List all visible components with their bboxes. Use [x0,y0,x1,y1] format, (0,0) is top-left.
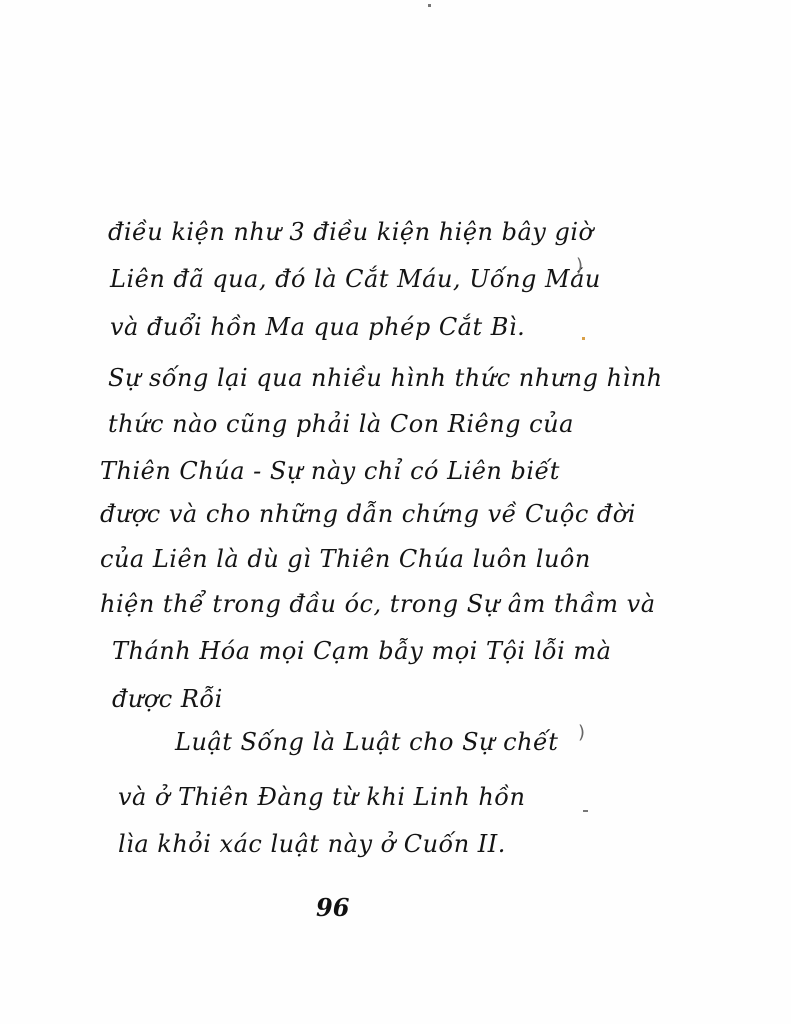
text-line-6: Thiên Chúa - Sự này chỉ có Liên biết [100,457,560,485]
margin-mark-bottom: ) [578,722,585,743]
page-number: 96 [316,893,349,922]
scan-speck [428,4,431,7]
manuscript-page: điều kiện như 3 điều kiện hiện bây giờ L… [0,0,791,1024]
text-line-4: Sự sống lại qua nhiều hình thức nhưng hì… [108,364,663,392]
text-line-7: được và cho những dẫn chứng về Cuộc đời [100,500,636,528]
text-line-14: lìa khỏi xác luật này ở Cuốn II. [118,830,506,858]
scan-speck [583,810,588,812]
text-line-2: Liên đã qua, đó là Cắt Máu, Uống Máu [110,265,601,293]
margin-mark-top: ) [576,255,583,276]
text-line-5: thức nào cũng phải là Con Riêng của [108,410,574,438]
scan-speck [582,337,585,340]
text-line-13: và ở Thiên Đàng từ khi Linh hồn [118,783,525,811]
text-line-1: điều kiện như 3 điều kiện hiện bây giờ [108,218,593,246]
text-line-3: và đuổi hồn Ma qua phép Cắt Bì. [110,313,525,341]
text-line-10: Thánh Hóa mọi Cạm bẫy mọi Tội lỗi mà [112,637,611,665]
text-line-8: của Liên là dù gì Thiên Chúa luôn luôn [100,545,591,573]
text-line-9: hiện thể trong đầu óc, trong Sự âm thầm … [100,590,656,618]
text-line-12: Luật Sống là Luật cho Sự chết [175,728,558,756]
text-line-11: được Rỗi [112,685,223,713]
